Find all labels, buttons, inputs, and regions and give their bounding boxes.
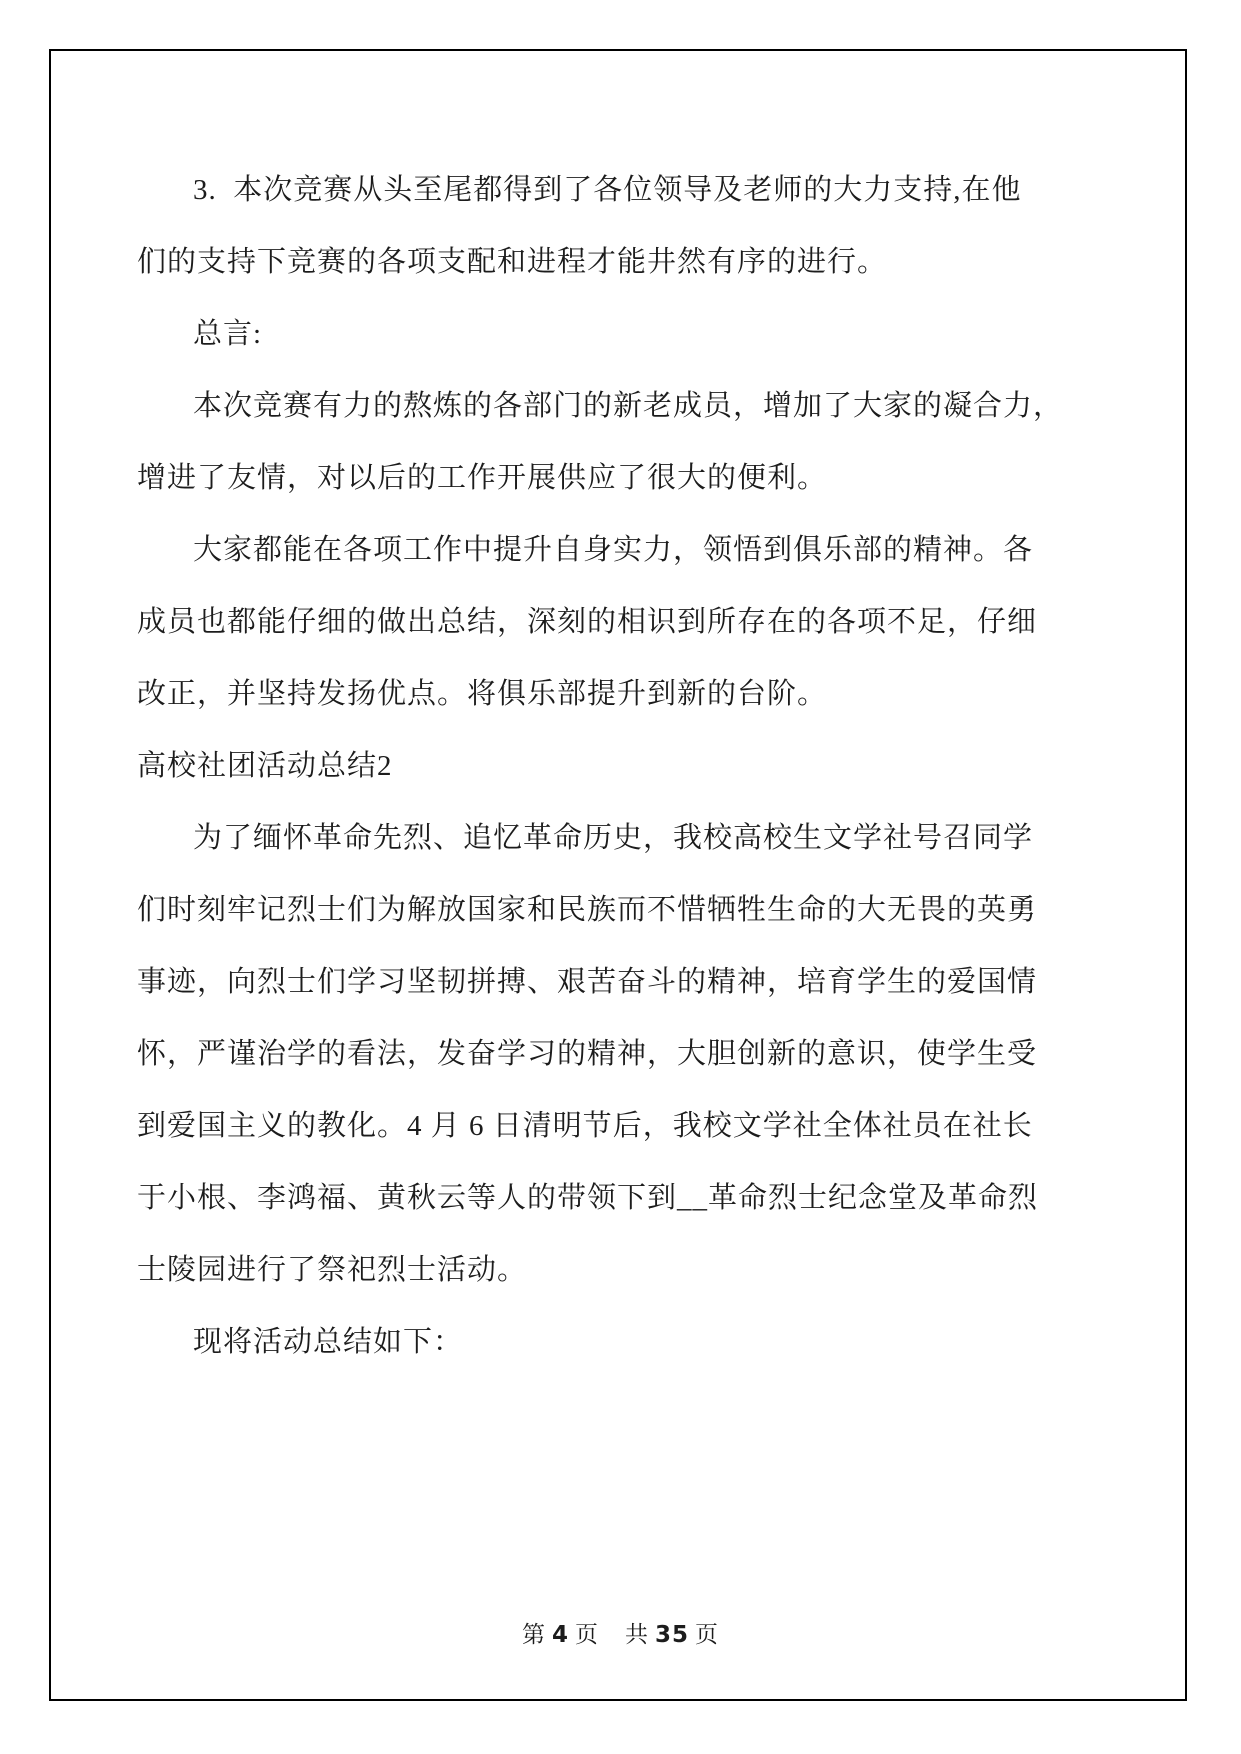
text-line: 增进了友情，对以后的工作开展供应了很大的便利。: [137, 442, 1017, 514]
footer-total-prefix: 共: [625, 1622, 649, 1647]
paragraph-summary-intro: 现将活动总结如下：: [137, 1306, 1017, 1378]
paragraph-cohesion: 本次竞赛有力的熬炼的各部门的新老成员，增加了大家的凝合力， 增进了友情，对以后的…: [137, 370, 1017, 514]
text-line: 为了缅怀革命先烈、追忆革命历史，我校高校生文学社号召同学: [137, 802, 1017, 874]
text-line: 3. 本次竞赛从头至尾都得到了各位领导及老师的大力支持,在他: [137, 154, 1017, 226]
text-line: 事迹，向烈士们学习坚韧拼搏、艰苦奋斗的精神，培育学生的爱国情: [137, 946, 1017, 1018]
text-line: 士陵园进行了祭祀烈士活动。: [137, 1234, 1017, 1306]
paragraph-improvement: 大家都能在各项工作中提升自身实力，领悟到俱乐部的精神。各 成员也都能仔细的做出总…: [137, 514, 1017, 730]
text-line: 总言:: [137, 298, 1017, 370]
text-line: 怀，严谨治学的看法，发奋学习的精神，大胆创新的意识，使学生受: [137, 1018, 1017, 1090]
text-line: 们的支持下竞赛的各项支配和进程才能井然有序的进行。: [137, 226, 1017, 298]
text-line: 现将活动总结如下：: [137, 1306, 1017, 1378]
footer-page-number: 4: [552, 1622, 569, 1648]
heading-line: 高校社团活动总结2: [137, 730, 1017, 802]
text-line: 大家都能在各项工作中提升自身实力，领悟到俱乐部的精神。各: [137, 514, 1017, 586]
page-footer: 第4页共35页: [0, 1616, 1241, 1649]
footer-page-suffix: 页: [575, 1622, 599, 1647]
footer-total-number: 35: [655, 1622, 689, 1648]
document-page: 3. 本次竞赛从头至尾都得到了各位领导及老师的大力支持,在他 们的支持下竞赛的各…: [0, 0, 1241, 1754]
paragraph-memorial-activity: 为了缅怀革命先烈、追忆革命历史，我校高校生文学社号召同学 们时刻牢记烈士们为解放…: [137, 802, 1017, 1306]
footer-total-suffix: 页: [695, 1622, 719, 1647]
text-line: 成员也都能仔细的做出总结，深刻的相识到所存在的各项不足，仔细: [137, 586, 1017, 658]
text-line: 改正，并坚持发扬优点。将俱乐部提升到新的台阶。: [137, 658, 1017, 730]
section-heading-2: 高校社团活动总结2: [137, 730, 1017, 802]
document-body: 3. 本次竞赛从头至尾都得到了各位领导及老师的大力支持,在他 们的支持下竞赛的各…: [137, 154, 1017, 1378]
text-line: 到爱国主义的教化。4 月 6 日清明节后，我校文学社全体社员在社长: [137, 1090, 1017, 1162]
text-line: 们时刻牢记烈士们为解放国家和民族而不惜牺牲生命的大无畏的英勇: [137, 874, 1017, 946]
footer-page-prefix: 第: [522, 1622, 546, 1647]
paragraph-competition-support: 3. 本次竞赛从头至尾都得到了各位领导及老师的大力支持,在他 们的支持下竞赛的各…: [137, 154, 1017, 298]
paragraph-summary-label: 总言:: [137, 298, 1017, 370]
text-line: 本次竞赛有力的熬炼的各部门的新老成员，增加了大家的凝合力，: [137, 370, 1017, 442]
text-line: 于小根、李鸿福、黄秋云等人的带领下到__革命烈士纪念堂及革命烈: [137, 1162, 1017, 1234]
